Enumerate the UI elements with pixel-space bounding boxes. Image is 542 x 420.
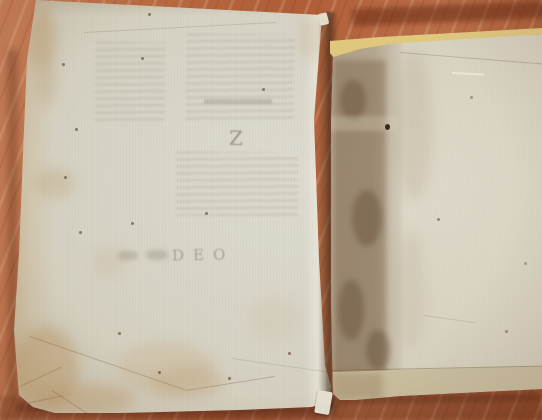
foxing-speck xyxy=(158,371,161,374)
cover-speck xyxy=(505,330,508,333)
foxing-speck xyxy=(228,377,231,380)
ghost-text-column-left xyxy=(95,42,166,125)
foxing-speck xyxy=(148,13,151,16)
page-stain xyxy=(36,62,56,106)
ghost-word-smudge xyxy=(146,250,168,260)
ghost-text-column-right xyxy=(186,34,295,123)
spine-stain-blob xyxy=(340,80,366,120)
cover-speck xyxy=(437,218,440,221)
ghost-initial-letter: Z xyxy=(229,126,244,150)
foxing-speck xyxy=(118,332,121,335)
foxing-speck xyxy=(79,231,82,234)
ghost-colophon-word: DEO xyxy=(172,245,235,264)
cover-speck xyxy=(524,262,527,265)
cover-stain xyxy=(398,230,424,350)
cover-stain xyxy=(396,50,432,200)
page-stain xyxy=(34,168,74,198)
spine-stain-blob xyxy=(338,280,364,340)
wormhole xyxy=(385,124,390,130)
foxing-speck xyxy=(288,352,291,355)
foxing-speck xyxy=(75,128,78,131)
cover-speck xyxy=(470,96,473,99)
foxing-speck xyxy=(62,63,65,66)
page-stain xyxy=(38,384,134,414)
spine-stain-blob xyxy=(366,330,390,370)
photo-antique-book-on-table: Z DEO xyxy=(0,0,542,420)
spine-stain-blob xyxy=(352,190,382,246)
foxing-speck xyxy=(131,222,134,225)
turn-in-dirt-stain xyxy=(331,372,383,400)
ghost-text-line xyxy=(204,99,272,104)
ghost-text-paragraph xyxy=(176,151,299,216)
page-stain xyxy=(248,298,302,340)
foxing-speck xyxy=(64,176,67,179)
ghost-word-smudge xyxy=(118,251,138,260)
